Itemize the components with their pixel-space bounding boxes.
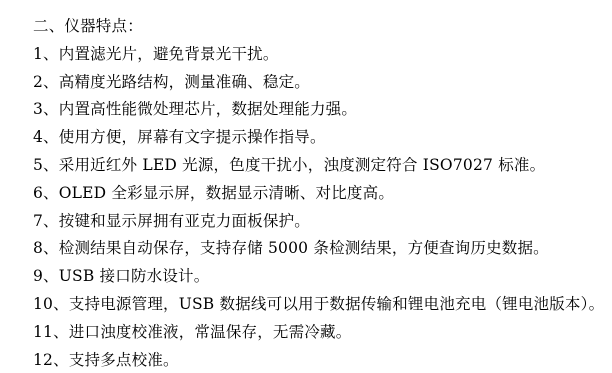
feature-item: 4、使用方便，屏幕有文字提示操作指导。 bbox=[33, 124, 606, 152]
document-page: 二、仪器特点： 1、内置滤光片，避免背景光干扰。 2、高精度光路结构，测量准确、… bbox=[0, 0, 612, 373]
section-heading: 二、仪器特点： bbox=[33, 13, 606, 41]
feature-item: 9、USB 接口防水设计。 bbox=[33, 263, 606, 291]
feature-item: 7、按键和显示屏拥有亚克力面板保护。 bbox=[33, 208, 606, 236]
feature-item: 3、内置高性能微处理芯片，数据处理能力强。 bbox=[33, 96, 606, 124]
feature-item: 8、检测结果自动保存，支持存储 5000 条检测结果，方便查询历史数据。 bbox=[33, 235, 606, 263]
feature-item: 1、内置滤光片，避免背景光干扰。 bbox=[33, 41, 606, 69]
feature-item: 6、OLED 全彩显示屏，数据显示清晰、对比度高。 bbox=[33, 180, 606, 208]
feature-item: 12、支持多点校准。 bbox=[33, 347, 606, 373]
feature-item: 10、支持电源管理，USB 数据线可以用于数据传输和锂电池充电（锂电池版本）。 bbox=[33, 291, 606, 319]
feature-item: 5、采用近红外 LED 光源，色度干扰小，浊度测定符合 ISO7027 标准。 bbox=[33, 152, 606, 180]
feature-item: 11、进口浊度校准液，常温保存，无需冷藏。 bbox=[33, 319, 606, 347]
feature-item: 2、高精度光路结构，测量准确、稳定。 bbox=[33, 69, 606, 97]
